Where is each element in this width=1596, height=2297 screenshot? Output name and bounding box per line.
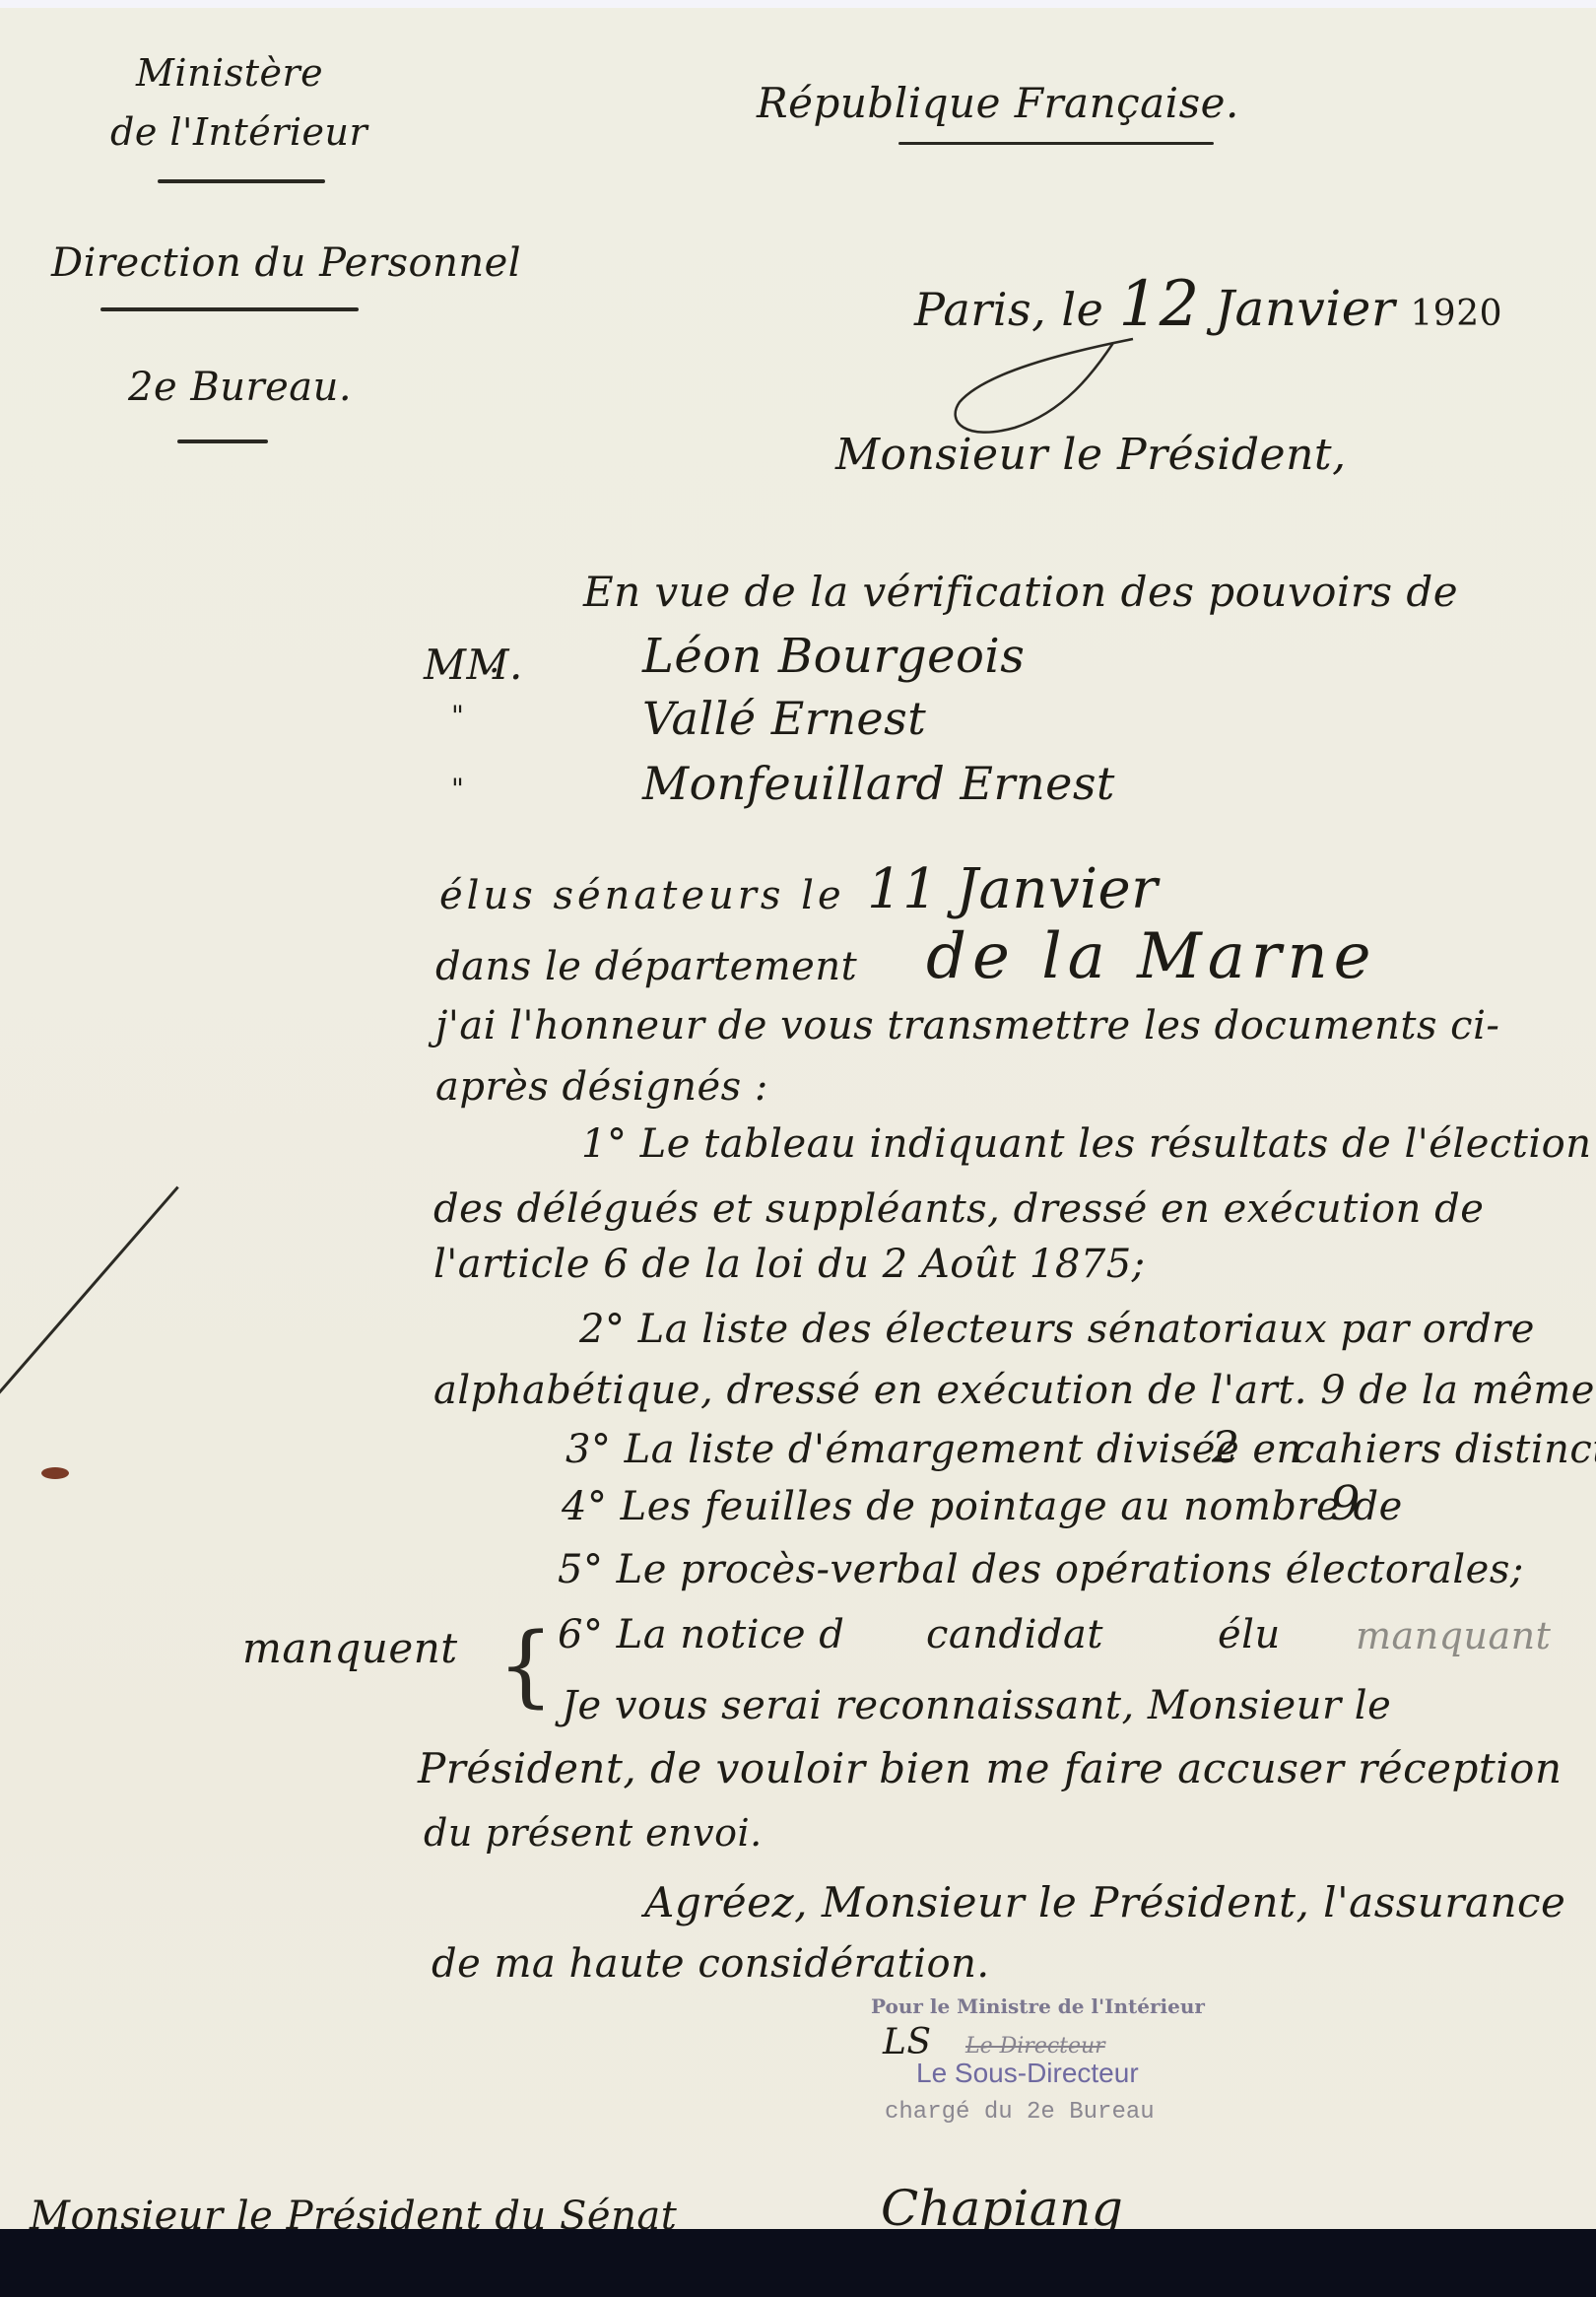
- item-5-line1: Le procès-verbal des opérations électora…: [617, 1547, 1524, 1592]
- margin-slash-mark: [0, 1186, 179, 1404]
- handwritten-initials: LS: [883, 2022, 932, 2062]
- salutation: Monsieur le Président,: [835, 430, 1347, 480]
- bureau-label: 2e Bureau.: [128, 365, 352, 410]
- date-day: 12: [1118, 268, 1199, 341]
- date-year: 1920: [1410, 294, 1502, 334]
- date-flourish: [946, 333, 1163, 441]
- margin-note-manquent: manquent: [242, 1624, 458, 1672]
- elected-label: élus sénateurs le: [439, 873, 845, 918]
- divider-direction: [100, 307, 359, 311]
- margin-brace: {: [498, 1614, 554, 1718]
- stamp-sous-directeur: Le Sous-Directeur: [916, 2058, 1139, 2089]
- item-2-number: 2°: [579, 1307, 625, 1352]
- item-1-number: 1°: [581, 1121, 627, 1167]
- stamp-pour-le-ministre: Pour le Ministre de l'Intérieur: [871, 1994, 1205, 2018]
- item-4-count: 9: [1330, 1476, 1361, 1531]
- closing-line1: Je vous serai reconnaissant, Monsieur le: [562, 1683, 1391, 1728]
- item-4-line1: Les feuilles de pointage au nombre de: [621, 1484, 1403, 1529]
- senator-name-3: Monfeuillard Ernest: [642, 757, 1115, 810]
- intro-line: En vue de la vérification des pouvoirs d…: [583, 568, 1458, 616]
- place-date-label: Paris, le: [914, 283, 1103, 336]
- item-1-line1: Le tableau indiquant les résultats de l'…: [640, 1121, 1592, 1167]
- senator-name-1: Léon Bourgeois: [642, 629, 1025, 684]
- item-1-line3: l'article 6 de la loi du 2 Août 1875;: [433, 1242, 1146, 1287]
- department-label: dans le département: [435, 944, 857, 989]
- item-6-candidat: candidat: [926, 1612, 1103, 1657]
- regards-line2: de ma haute considération.: [432, 1941, 990, 1987]
- stamp-le-directeur-struck: Le Directeur: [965, 2034, 1105, 2059]
- department-value: de la Marne: [926, 920, 1377, 993]
- item-6-elu: élu: [1218, 1612, 1281, 1657]
- closing-line3: du présent envoi.: [424, 1811, 763, 1855]
- item-3-line2: cahiers distincts;: [1293, 1427, 1596, 1472]
- senator-name-2: Vallé Ernest: [642, 692, 926, 745]
- divider-ministry: [158, 179, 325, 183]
- item-6: 6° La notice d: [558, 1612, 844, 1657]
- item-1-line2: des délégués et suppléants, dressé en ex…: [433, 1186, 1484, 1232]
- republic-heading: République Française.: [757, 79, 1239, 127]
- item-4: 4° Les feuilles de pointage au nombre de: [562, 1484, 1403, 1529]
- divider-republic: [898, 142, 1214, 145]
- transmit-line1: j'ai l'honneur de vous transmettre les d…: [435, 1003, 1499, 1048]
- ministry-line1: Ministère: [136, 51, 323, 95]
- item-5-number: 5°: [558, 1547, 603, 1592]
- elected-date: 11 Janvier: [867, 857, 1158, 921]
- item-6-line1: La notice d: [617, 1612, 845, 1657]
- regards-line1: Agréez, Monsieur le Président, l'assuran…: [644, 1878, 1565, 1926]
- scan-top-edge: [0, 0, 1596, 8]
- divider-bureau: [177, 439, 268, 443]
- item-1: 1° Le tableau indiquant les résultats de…: [581, 1121, 1592, 1167]
- name-mark-1: .: [489, 641, 500, 681]
- item-6-number: 6°: [558, 1612, 603, 1657]
- item-5: 5° Le procès-verbal des opérations élect…: [558, 1547, 1524, 1592]
- name-mark-2: ": [451, 700, 464, 732]
- date-line: Paris, le 12 Janvier 1920: [914, 268, 1502, 341]
- names-prefix: MM.: [424, 641, 523, 689]
- item-3-line1: La liste d'émargement divisée en: [625, 1427, 1302, 1472]
- item-2-line2: alphabétique, dressé en exécution de l'a…: [433, 1368, 1596, 1413]
- scan-bottom-frame: [0, 2229, 1596, 2297]
- date-month: Janvier: [1215, 280, 1395, 337]
- item-2: 2° La liste des électeurs sénatoriaux pa…: [579, 1307, 1535, 1352]
- item-3-number: 3°: [565, 1427, 611, 1472]
- pencil-note-manquant: manquant: [1356, 1614, 1551, 1657]
- direction-label: Direction du Personnel: [51, 240, 521, 286]
- ministry-line2: de l'Intérieur: [110, 110, 367, 154]
- item-2-line1: La liste des électeurs sénatoriaux par o…: [638, 1307, 1535, 1352]
- closing-line2: Président, de vouloir bien me faire accu…: [418, 1744, 1563, 1792]
- name-mark-3: ": [451, 773, 464, 805]
- item-3-count: 2: [1212, 1423, 1240, 1473]
- ink-blot: [41, 1467, 69, 1479]
- transmit-line2: après désignés :: [435, 1064, 768, 1110]
- item-3: 3° La liste d'émargement divisée en: [565, 1427, 1302, 1472]
- stamp-charge-bureau: chargé du 2e Bureau: [885, 2099, 1155, 2126]
- item-4-number: 4°: [562, 1484, 607, 1529]
- letter-page: Ministère de l'Intérieur Direction du Pe…: [0, 8, 1596, 2229]
